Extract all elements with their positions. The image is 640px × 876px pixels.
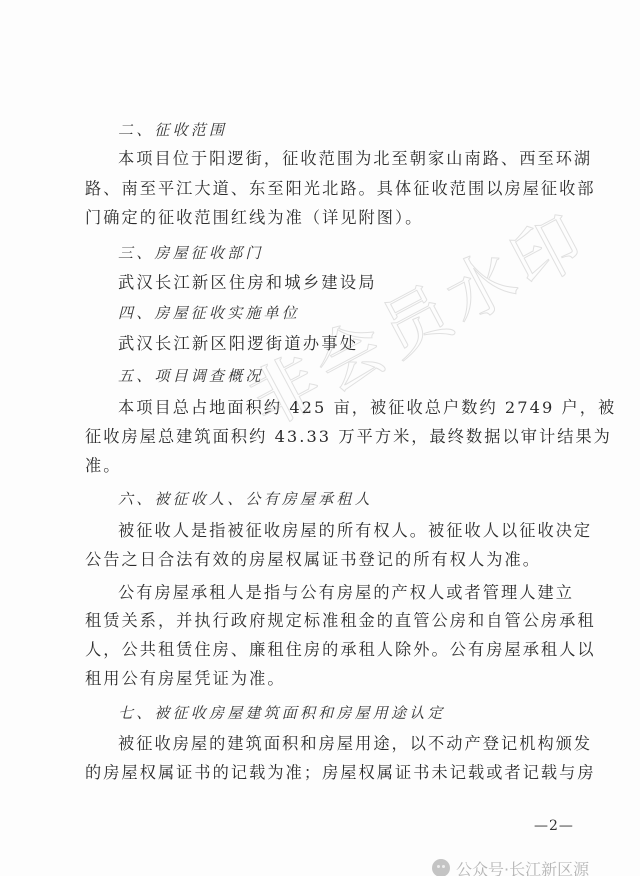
paragraph-line: 准。: [85, 455, 557, 477]
paragraph-line: 武汉长江新区阳逻街道办事处: [118, 333, 558, 355]
paragraph-line: 租用公有房屋凭证为准。: [85, 668, 557, 690]
paragraph-line: 路、南至平江大道、东至阳光北路。具体征收范围以房屋征收部: [85, 178, 557, 200]
paragraph-line: 人，公共租赁住房、廉租住房的承租人除外。公有房屋承租人以: [85, 639, 557, 661]
section-heading-expropriated: 六、被征收人、公有房屋承租人: [118, 488, 590, 510]
section-heading-department: 三、房屋征收部门: [118, 242, 590, 264]
document-page: 二、征收范围 本项目位于阳逻街，征收范围为北至朝家山南路、西至环湖 路、南至平江…: [0, 0, 640, 876]
footer-source-watermark: 公众号·长江新区源: [432, 858, 589, 876]
wechat-icon: [432, 859, 450, 876]
section-heading-implementer: 四、房屋征收实施单位: [118, 302, 590, 324]
paragraph-line: 征收房屋总建筑面积约 43.33 万平方米，最终数据以审计结果为: [85, 426, 557, 448]
footer-source-text: 公众号·长江新区源: [456, 857, 589, 876]
paragraph-line: 本项目位于阳逻街，征收范围为北至朝家山南路、西至环湖: [118, 148, 558, 170]
paragraph-line: 本项目总占地面积约 425 亩，被征收总户数约 2749 户，被: [118, 397, 558, 419]
paragraph-line: 的房屋权属证书的记载为准；房屋权属证书未记载或者记载与房: [85, 762, 557, 784]
section-heading-survey: 五、项目调查概况: [118, 365, 590, 387]
paragraph-line: 武汉长江新区住房和城乡建设局: [118, 272, 558, 294]
paragraph-line: 公告之日合法有效的房屋权属证书登记的所有权人为准。: [85, 549, 557, 571]
section-heading-area-use: 七、被征收房屋建筑面积和房屋用途认定: [118, 702, 590, 724]
paragraph-line: 公有房屋承租人是指与公有房屋的产权人或者管理人建立: [118, 582, 558, 604]
paragraph-line: 门确定的征收范围红线为准（详见附图）。: [85, 207, 557, 229]
section-heading-scope: 二、征收范围: [118, 119, 590, 141]
page-number: —2—: [534, 818, 574, 834]
paragraph-line: 被征收房屋的建筑面积和房屋用途，以不动产登记机构颁发: [118, 733, 558, 755]
paragraph-line: 被征收人是指被征收房屋的所有权人。被征收人以征收决定: [118, 520, 558, 542]
paragraph-line: 租赁关系，并执行政府规定标准租金的直管公房和自管公房承租: [85, 610, 557, 632]
